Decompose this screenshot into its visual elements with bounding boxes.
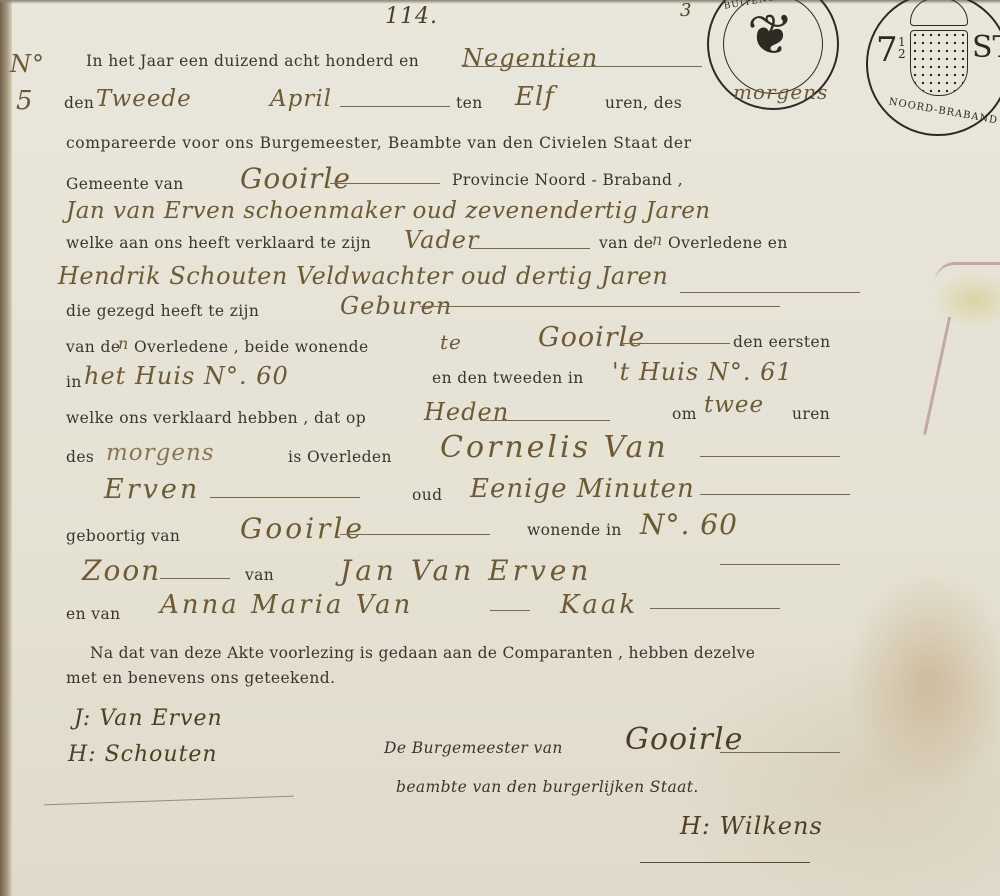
page-top-edge [0,0,1000,4]
crown-icon [910,0,968,26]
line-9-n-hand: n [118,334,129,353]
line-4-gemeente: Gemeente van [66,175,184,193]
line-2-month-hand: April [270,86,332,112]
line-16-mother-surname-hand: Kaak [560,590,638,620]
page-binding-edge [0,0,12,896]
fill-line [340,106,450,107]
water-stain [935,262,1000,305]
burgemeester-label: De Burgemeester van [384,739,563,757]
line-1-year-hand: Negentien [462,44,598,72]
line-14-geboortig: geboortig van [66,527,180,545]
line-9-vande: van de [66,338,120,356]
line-13-age-hand: Eenige Minuten [470,474,695,504]
line-11-om: om [672,405,697,423]
fill-line [720,752,840,753]
line-11-hour-hand: twee [704,392,764,418]
register-number: 114. [385,4,438,29]
line-10-in: in [66,373,82,391]
line-12-time-hand: morgens [106,440,215,466]
line-11-printed: welke ons verklaard hebben , dat op [66,409,366,427]
beambte-label: beambte van den burgerlijken Staat. [396,778,699,796]
line-9-place-hand: Gooirle [538,322,645,353]
document-page: 114. 3 N° 5 ❦ BUITENGEWOON ZEGEL morgens… [0,0,1000,896]
line-12-des: des [66,448,94,466]
line-10-house2-hand: 't Huis N°. 61 [612,358,793,386]
fill-line [330,183,440,184]
line-15-relation-hand: Zoon [82,554,161,587]
line-14-house-hand: N°. 60 [640,508,738,541]
stamp-unit: ST [972,30,1000,65]
line-5-declarant-hand: Jan van Erven schoenmaker oud zevenender… [66,198,711,224]
fill-line [462,66,702,67]
line-1-printed: In het Jaar een duizend acht honderd en [86,52,419,70]
signature-witness-1: J: Van Erven [74,706,223,731]
stamp-fraction: 1 2 [898,36,906,60]
line-14-wonende: wonende in [527,521,622,539]
fill-line [480,420,610,421]
fill-line [680,292,860,293]
fill-line [420,306,780,307]
line-6-vande: van de [599,234,653,252]
line-8-printed: die gezegd heeft te zijn [66,302,259,320]
fill-line [720,564,840,565]
line-9-te-hand: te [440,330,462,354]
fill-line [700,456,840,457]
line-9-eersten: den eersten [733,333,831,351]
line-14-birthplace-hand: Gooirle [240,512,365,545]
line-3-printed: compareerde voor ons Burgemeester, Beamb… [66,134,692,152]
line-2-day-hand: Tweede [96,86,192,112]
line-13-surname-hand: Erven [104,474,200,505]
stamp-fraction-bottom: 2 [898,47,906,61]
line-15-father-hand: Jan Van Erven [340,554,592,587]
handwritten-morgens: morgens [733,80,828,104]
line-17-closing: Na dat van deze Akte voorlezing is gedaa… [90,644,755,662]
line-6-n-hand: n [652,230,663,249]
line-12-overleden: is Overleden [288,448,392,466]
line-2-hour-hand: Elf [515,82,555,112]
stamp-noord-braband: 7 1 2 ST NOORD-BRABAND [866,0,1000,136]
line-9-printed: Overledene , beide wonende [134,338,369,356]
fill-line [340,534,490,535]
margin-number-label: N° [10,50,45,78]
line-4-place-hand: Gooirle [240,162,351,195]
line-2-den: den [64,94,94,112]
line-2-ten: ten [456,94,483,112]
line-4-provincie: Provincie Noord - Braband , [452,171,683,189]
line-10-house1-hand: het Huis N°. 60 [84,362,289,390]
line-11-uren: uren [792,405,830,423]
fill-line [650,608,780,609]
line-18-closing: met en benevens ons geteekend. [66,669,335,687]
line-2-uren-des: uren, des [605,94,682,112]
fill-line [470,248,590,249]
line-6-relation-hand: Vader [404,226,479,254]
fill-line [620,343,730,344]
line-11-day-hand: Heden [424,398,509,426]
line-13-oud: oud [412,486,442,504]
fill-line [210,497,360,498]
fill-line [700,494,850,495]
shield-icon [910,30,968,96]
line-6-overledene: Overledene en [668,234,788,252]
fill-line [490,610,530,611]
signature-witness-2: H: Schouten [68,742,218,767]
fill-line [160,578,230,579]
stamp-right-caption: NOORD-BRABAND [888,96,999,126]
line-10-tweeden: en den tweeden in [432,369,584,387]
signature-burgemeester: H: Wilkens [680,812,823,840]
line-16-envan: en van [66,605,120,623]
water-stain-trail [923,317,1000,447]
line-6-printed: welke aan ons heeft verklaard te zijn [66,234,371,252]
line-15-van: van [245,566,274,584]
margin-number-value: 5 [16,86,34,116]
signature-flourish [640,862,810,863]
page-marker: 3 [680,0,692,21]
stamp-value: 7 [876,30,898,70]
line-16-mother-hand: Anna Maria Van [160,590,413,620]
signature-flourish [44,796,294,806]
line-12-deceased-hand: Cornelis Van [440,430,669,465]
line-7-witness-hand: Hendrik Schouten Veldwachter oud dertig … [58,262,668,290]
plant-sprig-icon: ❦ [747,8,794,64]
